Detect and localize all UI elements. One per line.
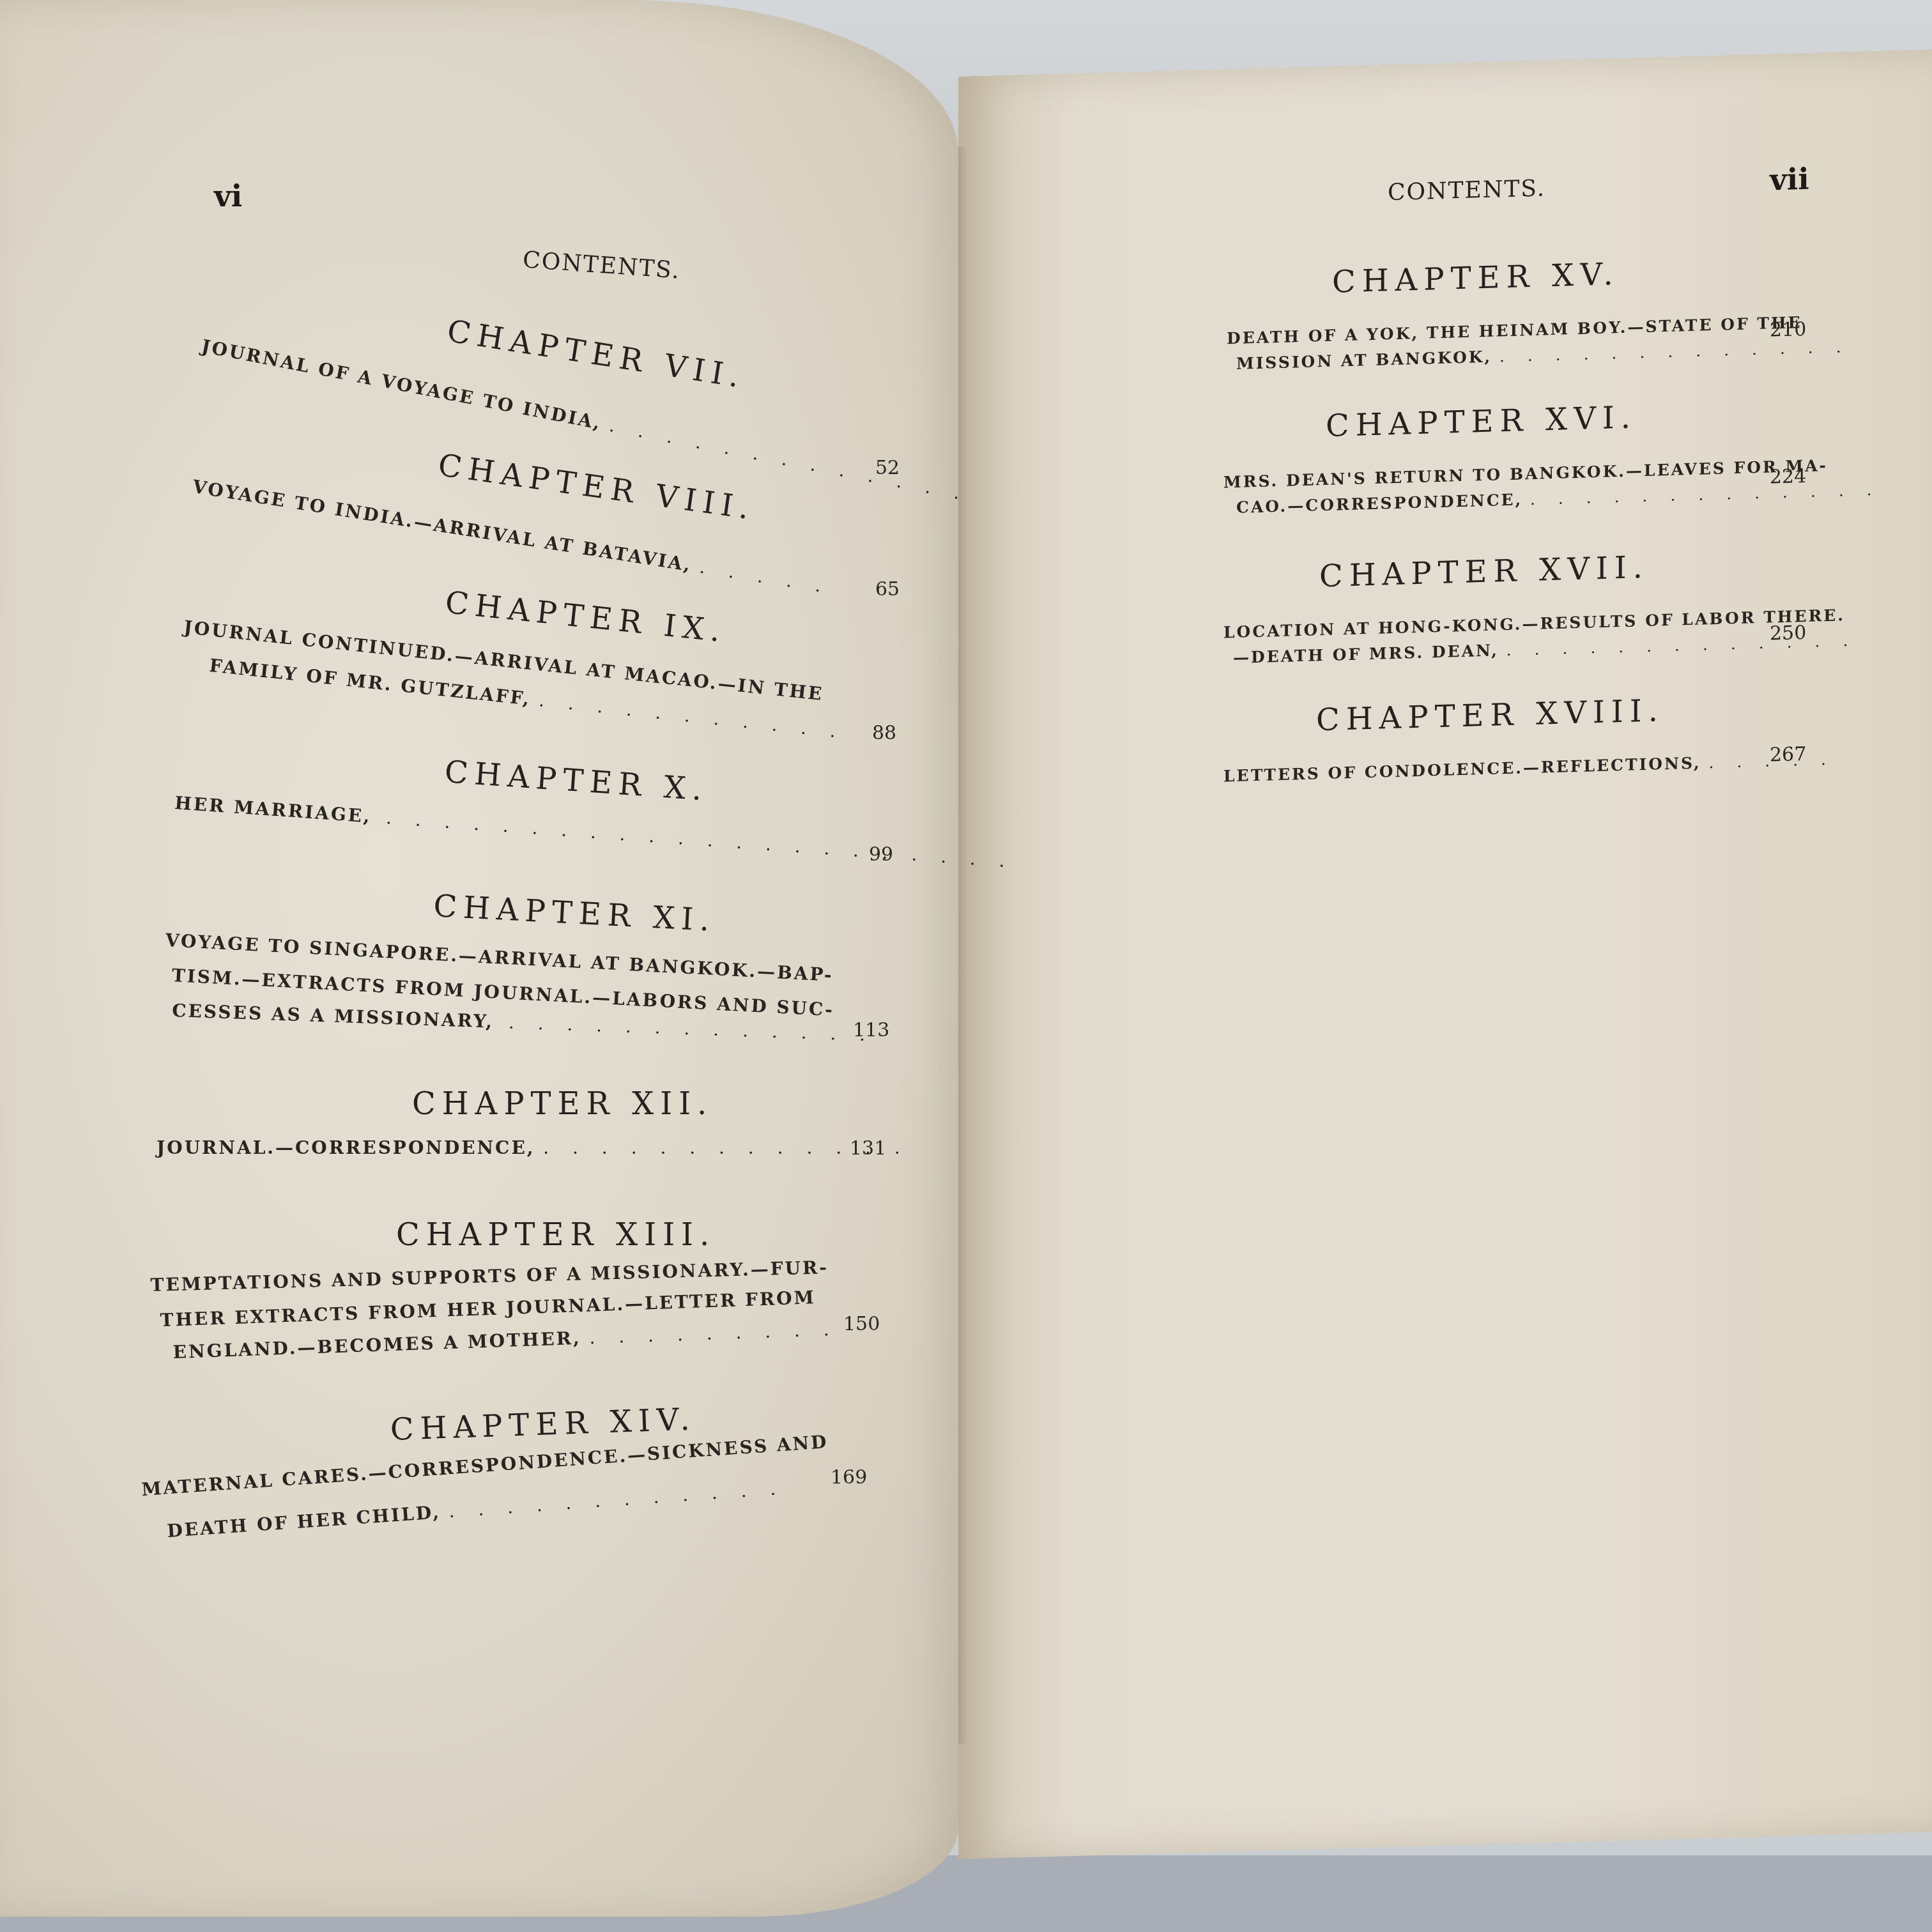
- chapter-viii-page: 65: [875, 578, 900, 601]
- chapter-xviii-title: CHAPTER XVIII.: [1316, 693, 1664, 738]
- chapter-xvi-title: CHAPTER XVI.: [1326, 399, 1637, 444]
- chapter-xi-title: CHAPTER XI.: [433, 888, 717, 939]
- right-page: vii CONTENTS. CHAPTER XV. DEATH OF A YOK…: [958, 49, 1932, 1859]
- chapter-xv-page: 210: [1770, 318, 1806, 342]
- chapter-ix-title: CHAPTER IX.: [443, 585, 728, 650]
- chapter-vii-title: CHAPTER VII.: [445, 313, 748, 395]
- chapter-xi-page: 113: [853, 1019, 889, 1041]
- running-head-right: CONTENTS.: [1388, 175, 1545, 206]
- page-number-left: vi: [214, 179, 242, 213]
- chapter-vii-page: 52: [875, 457, 900, 479]
- chapter-xv-title: CHAPTER XV.: [1332, 256, 1620, 300]
- chapter-xii-page: 131: [850, 1137, 886, 1160]
- chapter-x-title: CHAPTER X.: [443, 754, 709, 808]
- chapter-xvi-page: 224: [1770, 465, 1806, 489]
- chapter-xvii-page: 250: [1770, 622, 1806, 645]
- chapter-xiii-title: CHAPTER XIII.: [396, 1217, 716, 1253]
- chapter-xiii-page: 150: [843, 1313, 880, 1335]
- chapter-xvii-title: CHAPTER XVII.: [1319, 549, 1649, 594]
- chapter-viii-title: CHAPTER VIII.: [436, 447, 758, 527]
- chapter-xviii-page: 267: [1770, 743, 1806, 767]
- chapter-xii-line-1[interactable]: JOURNAL.—CORRESPONDENCE, . . . . . . . .…: [157, 1134, 909, 1162]
- show-through-text: [1105, 1047, 1891, 1108]
- chapter-xii-title: CHAPTER XII.: [412, 1086, 713, 1122]
- running-head-left: CONTENTS.: [522, 247, 681, 284]
- chapter-x-page: 99: [869, 843, 893, 866]
- chapter-xiv-page: 169: [831, 1466, 867, 1489]
- chapter-ix-page: 88: [872, 722, 896, 744]
- chapter-xviii-line-1[interactable]: LETTERS OF CONDOLENCE.—REFLECTIONS, . . …: [1223, 746, 1835, 791]
- left-page: vi CONTENTS. CHAPTER VII. JOURNAL OF A V…: [0, 0, 958, 1917]
- page-number-right: vii: [1770, 162, 1809, 197]
